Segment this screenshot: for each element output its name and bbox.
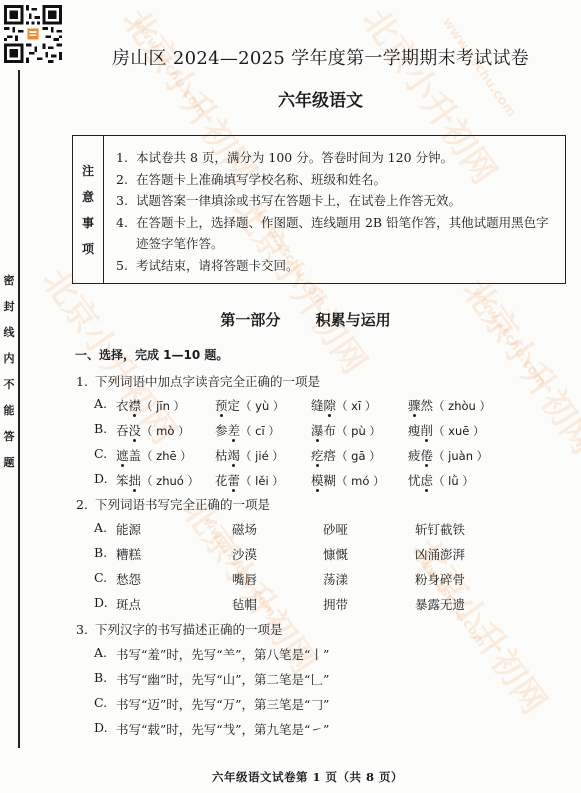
option-letter: D. bbox=[94, 471, 116, 489]
part-title: 第一部分 积累与运用 bbox=[0, 309, 581, 330]
seal-char: 密 bbox=[2, 275, 16, 287]
option-row: B. 糟糕 沙漠 慷慨 凶涌澎湃 bbox=[94, 545, 512, 563]
word-pinyin: 笨拙（ zhuó ） bbox=[116, 471, 215, 489]
question-text: 下列汉字的书写描述正确的一项是 bbox=[95, 622, 283, 637]
notice-text: 试题答案一律填涂或书写在答题卡上，在试卷上作答无效。 bbox=[136, 190, 556, 212]
option-row: D. 书写“载”时，先写“𢦏”，第九笔是“㇀” bbox=[94, 720, 329, 738]
word-pinyin: 预定（ yù ） bbox=[215, 396, 311, 414]
seal-char: 不 bbox=[2, 379, 16, 391]
question-stem: 1.下列词语中加点字读音完全正确的一项是 bbox=[76, 372, 320, 390]
seal-char: 答 bbox=[2, 431, 16, 443]
notice-text: 在答题卡上准确填写学校名称、班级和姓名。 bbox=[136, 169, 556, 191]
option-text: 书写“载”时，先写“𢦏”，第九笔是“㇀” bbox=[116, 720, 329, 738]
part-title-number: 第一部分 bbox=[220, 311, 280, 329]
word: 磁场 bbox=[232, 520, 323, 538]
notice-list: 1.本试卷共 8 页，满分为 100 分。答卷时间为 120 分钟。 2.在答题… bbox=[104, 136, 556, 283]
option-letter: B. bbox=[94, 421, 116, 439]
notice-label-char: 注 bbox=[82, 162, 94, 179]
exam-subtitle: 六年级语文 bbox=[0, 86, 581, 111]
option-row: A. 衣襟（ jīn ） 预定（ yù ） 缝隙（ xī ） 骤然（ zhòu … bbox=[94, 396, 505, 414]
word: 暴露无遗 bbox=[415, 595, 512, 613]
word-pinyin: 枯竭（ jié ） bbox=[215, 446, 311, 464]
option-letter: B. bbox=[94, 545, 116, 563]
option-letter: D. bbox=[94, 595, 116, 613]
word: 凶涌澎湃 bbox=[415, 545, 512, 563]
notice-box: 注 意 事 项 1.本试卷共 8 页，满分为 100 分。答卷时间为 120 分… bbox=[72, 135, 566, 284]
notice-label: 注 意 事 项 bbox=[73, 136, 104, 283]
option-text: 书写“迈”时，先写“万”，第三笔是“𠃌” bbox=[116, 695, 329, 713]
notice-num: 5. bbox=[116, 255, 136, 277]
question-number: 1. bbox=[76, 374, 95, 389]
notice-num: 2. bbox=[116, 169, 136, 191]
word-pinyin: 吞没（ mò ） bbox=[116, 421, 215, 439]
notice-num: 1. bbox=[116, 147, 136, 169]
word: 砂哑 bbox=[323, 520, 415, 538]
word: 毡帽 bbox=[232, 595, 323, 613]
notice-label-char: 项 bbox=[82, 240, 94, 257]
exam-title: 房山区 2024—2025 学年度第一学期期末考试试卷 bbox=[0, 44, 581, 70]
option-letter: B. bbox=[94, 670, 116, 688]
option-row: B. 书写“幽”时，先写“山”，第二笔是“𠃊” bbox=[94, 670, 329, 688]
seal-char: 能 bbox=[2, 405, 16, 417]
notice-num: 4. bbox=[116, 212, 136, 255]
option-letter: C. bbox=[94, 570, 116, 588]
word: 愁怨 bbox=[116, 570, 232, 588]
notice-label-char: 事 bbox=[82, 214, 94, 231]
notice-label-char: 意 bbox=[82, 188, 94, 205]
word-pinyin: 骤然（ zhòu ） bbox=[408, 396, 505, 414]
option-text: 书写“羞”时，先写“⺷”，第八笔是“丨” bbox=[116, 645, 329, 663]
option-letter: D. bbox=[94, 720, 116, 738]
word: 能源 bbox=[116, 520, 232, 538]
question-stem: 3.下列汉字的书写描述正确的一项是 bbox=[76, 620, 283, 638]
option-row: D. 斑点 毡帽 拥带 暴露无遗 bbox=[94, 595, 512, 613]
word: 沙漠 bbox=[232, 545, 323, 563]
word-pinyin: 模糊（ mó ） bbox=[311, 471, 408, 489]
word: 拥带 bbox=[323, 595, 415, 613]
seal-char: 内 bbox=[2, 353, 16, 365]
notice-item: 2.在答题卡上准确填写学校名称、班级和姓名。 bbox=[116, 169, 556, 191]
word-pinyin: 忧虑（ lǜ ） bbox=[408, 471, 505, 489]
option-text: 书写“幽”时，先写“山”，第二笔是“𠃊” bbox=[116, 670, 329, 688]
word: 斑点 bbox=[116, 595, 232, 613]
option-letter: C. bbox=[94, 446, 116, 464]
question-text: 下列词语书写完全正确的一项是 bbox=[95, 497, 270, 512]
word: 嘴唇 bbox=[232, 570, 323, 588]
word: 斩钉截铁 bbox=[415, 520, 512, 538]
word-pinyin: 参差（ cī ） bbox=[215, 421, 311, 439]
notice-text: 考试结束，请将答题卡交回。 bbox=[136, 255, 556, 277]
question-text: 下列词语中加点字读音完全正确的一项是 bbox=[95, 374, 320, 389]
notice-text: 在答题卡上，选择题、作图题、连线题用 2B 铅笔作答，其他试题用黑色字迹签字笔作… bbox=[136, 212, 556, 255]
option-letter: A. bbox=[94, 645, 116, 663]
option-row: A. 书写“羞”时，先写“⺷”，第八笔是“丨” bbox=[94, 645, 329, 663]
seal-line bbox=[18, 70, 20, 748]
word: 慷慨 bbox=[323, 545, 415, 563]
notice-item: 1.本试卷共 8 页，满分为 100 分。答卷时间为 120 分钟。 bbox=[116, 147, 556, 169]
option-row: C. 遮盖（ zhē ） 枯竭（ jié ） 疙瘩（ gā ） 疲倦（ juàn… bbox=[94, 446, 505, 464]
seal-char: 题 bbox=[2, 457, 16, 469]
option-row: C. 愁怨 嘴唇 荡漾 粉身碎骨 bbox=[94, 570, 512, 588]
word-pinyin: 疙瘩（ gā ） bbox=[311, 446, 408, 464]
word: 粉身碎骨 bbox=[415, 570, 512, 588]
option-row: A. 能源 磁场 砂哑 斩钉截铁 bbox=[94, 520, 512, 538]
section-heading: 一、选择，完成 1—10 题。 bbox=[75, 346, 228, 363]
seal-text: 密 封 线 内 不 能 答 题 bbox=[2, 275, 16, 469]
option-row: C. 书写“迈”时，先写“万”，第三笔是“𠃌” bbox=[94, 695, 329, 713]
notice-text: 本试卷共 8 页，满分为 100 分。答卷时间为 120 分钟。 bbox=[136, 147, 556, 169]
notice-item: 3.试题答案一律填涂或书写在答题卡上，在试卷上作答无效。 bbox=[116, 190, 556, 212]
word-pinyin: 衣襟（ jīn ） bbox=[116, 396, 215, 414]
part-title-name: 积累与运用 bbox=[316, 311, 391, 329]
word-pinyin: 缝隙（ xī ） bbox=[311, 396, 408, 414]
notice-num: 3. bbox=[116, 190, 136, 212]
word-pinyin: 疲倦（ juàn ） bbox=[408, 446, 505, 464]
option-letter: C. bbox=[94, 695, 116, 713]
word-pinyin: 遮盖（ zhē ） bbox=[116, 446, 215, 464]
notice-item: 5.考试结束，请将答题卡交回。 bbox=[116, 255, 556, 277]
option-row: D. 笨拙（ zhuó ） 花蕾（ lěi ） 模糊（ mó ） 忧虑（ lǜ … bbox=[94, 471, 505, 489]
word: 荡漾 bbox=[323, 570, 415, 588]
word-pinyin: 花蕾（ lěi ） bbox=[215, 471, 311, 489]
notice-item: 4.在答题卡上，选择题、作图题、连线题用 2B 铅笔作答，其他试题用黑色字迹签字… bbox=[116, 212, 556, 255]
page-footer: 六年级语文试卷第 1 页（共 8 页） bbox=[0, 769, 581, 785]
question-number: 3. bbox=[76, 622, 95, 637]
question-number: 2. bbox=[76, 497, 95, 512]
watermark-url: www.xschu.com bbox=[469, 285, 549, 390]
word: 糟糕 bbox=[116, 545, 232, 563]
question-stem: 2.下列词语书写完全正确的一项是 bbox=[76, 495, 270, 513]
option-row: B. 吞没（ mò ） 参差（ cī ） 瀑布（ pù ） 瘦削（ xuē ） bbox=[94, 421, 505, 439]
word-pinyin: 瀑布（ pù ） bbox=[311, 421, 408, 439]
word-pinyin: 瘦削（ xuē ） bbox=[408, 421, 505, 439]
option-letter: A. bbox=[94, 396, 116, 414]
option-letter: A. bbox=[94, 520, 116, 538]
